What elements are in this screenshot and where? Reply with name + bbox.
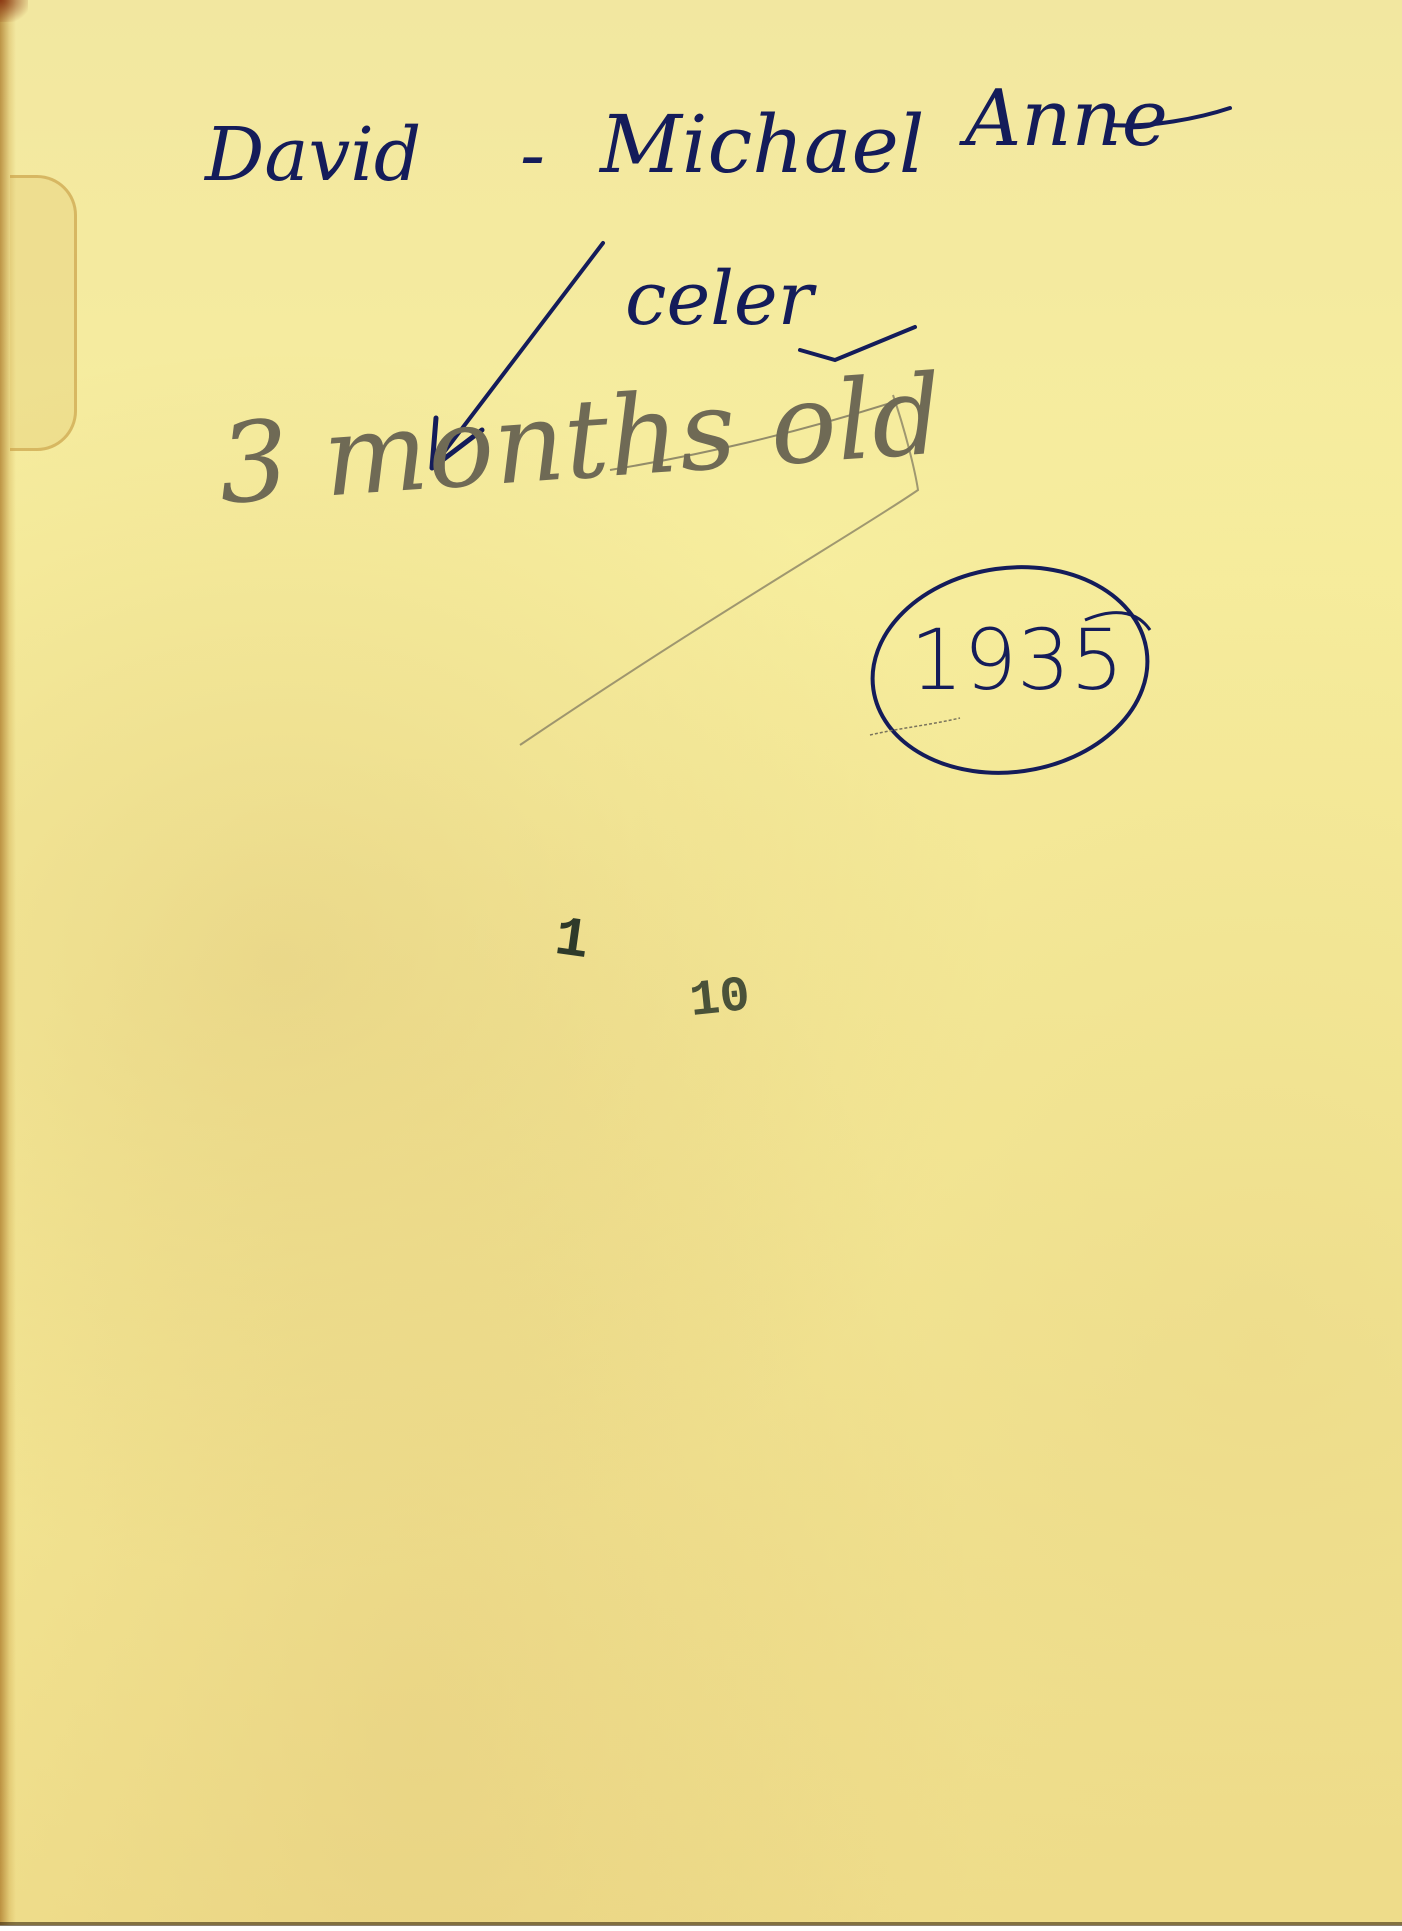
name-david: David	[205, 118, 421, 192]
name-michael: Michael	[600, 105, 924, 185]
name-dash: -	[520, 118, 545, 192]
stamp-number-right: 10	[688, 972, 753, 1028]
insertion-word: celer	[625, 262, 813, 336]
circled-year: 1935	[910, 618, 1124, 702]
name-anne: Anne	[965, 80, 1168, 158]
